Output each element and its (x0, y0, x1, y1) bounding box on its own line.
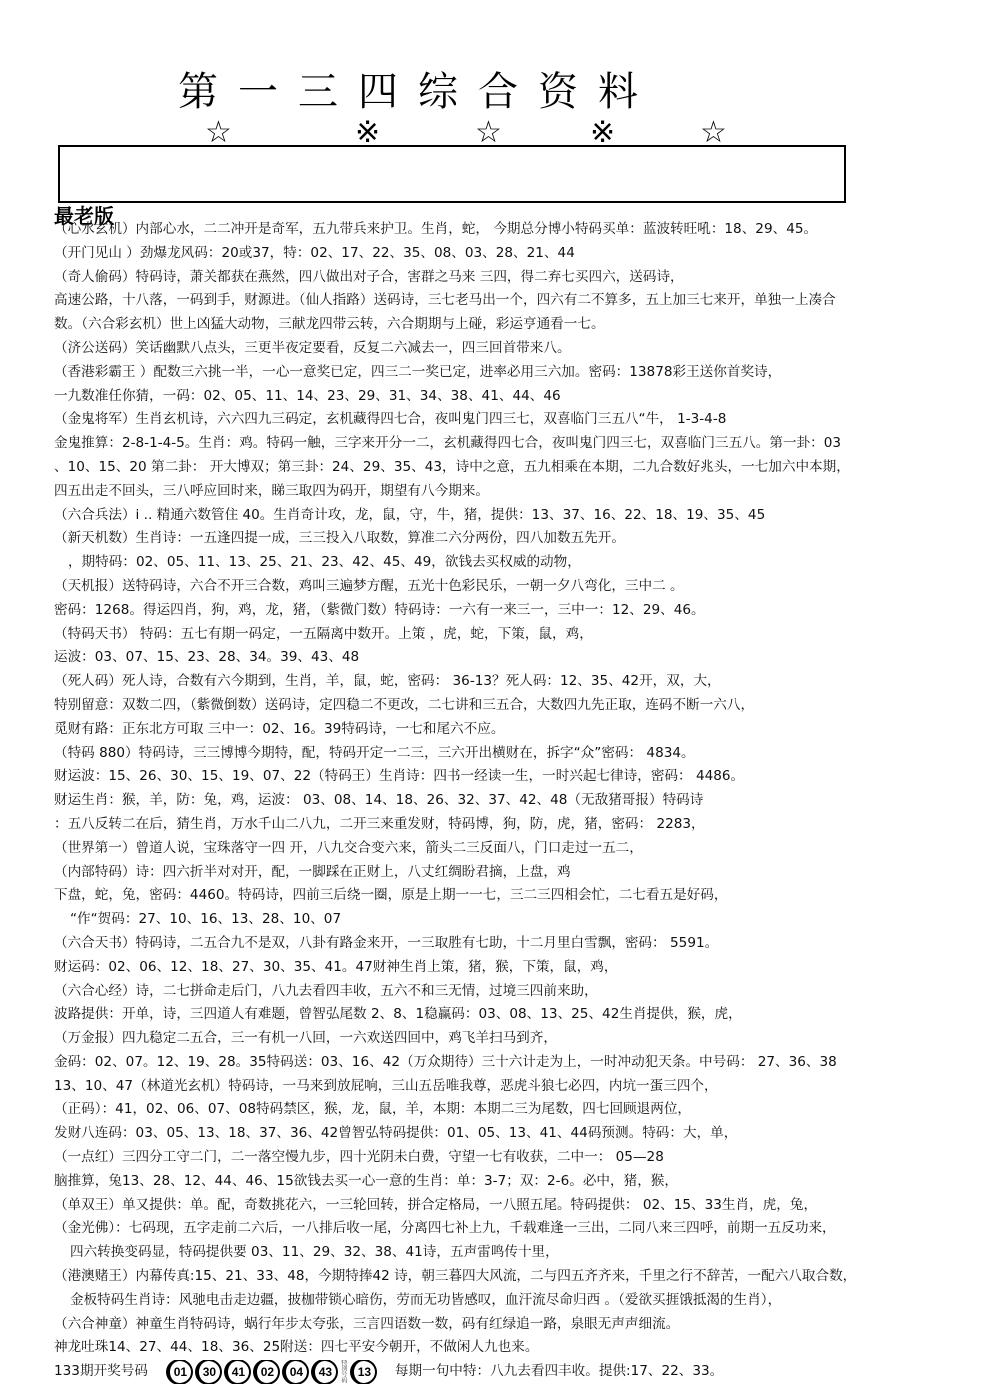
text-line: 脑推算，兔13、28、12、44、46、15欲钱去买一心一意的生肖：单：3-7；… (54, 1170, 984, 1194)
decoration-row: ☆ ※ ☆ ※ ☆ (0, 118, 988, 148)
text-line: （特码 880）特码诗，三三博博今期特，配，特码开定一二三，三六开出横财在，拆字… (54, 742, 984, 766)
result-balls: 01 30 41 02 04 43 特别号码 13 (166, 1360, 377, 1384)
text-line: （六合天书）特码诗，二五合九不是双，八卦有路金来开，一三取胜有七助，十二月里白雪… (54, 932, 984, 956)
result-ball: 30 (195, 1360, 222, 1384)
text-line: ，期特码：02、05、11、13、25、21、23、42、45、49，欲钱去买权… (54, 551, 984, 575)
text-line: （死人码）死人诗，合数有六今期到，生肖，羊，鼠，蛇，密码： 36-13？死人码：… (54, 670, 984, 694)
reference-mark-icon: ※ (355, 118, 380, 148)
text-line: （正码）：41，02、06、07、08特码禁区，猴，龙，鼠，羊，本期：本期二三为… (54, 1098, 984, 1122)
text-line: （六合兵法）i .. 精通六数管住 40。生肖奇计攻，龙，鼠，守，牛，猪，提供：… (54, 504, 984, 528)
result-ball: 02 (253, 1360, 280, 1384)
text-line: （济公送码）笑话幽默八点头，三更半夜定要看，反复二六减去一，四三回首带来八。 (54, 337, 984, 361)
text-line: （天机报）送特码诗，六合不开三合数，鸡叫三遍梦方醒，五光十色彩民乐，一朝一夕八弯… (54, 575, 984, 599)
text-line: 四五出走不回头，三八呼应回时来，睇三取四为码开，期望有八今期来。 (54, 480, 984, 504)
reference-mark-icon: ※ (590, 118, 615, 148)
text-line: （港澳赌王）内幕传真:15、21、33、48，今期特捧42 诗，朝三暮四大风流，… (54, 1265, 984, 1289)
result-ball: 01 (166, 1360, 193, 1384)
text-line: 金板特码生肖诗：风驰电击走边疆，披枷带锁心暗伤，劳而无功皆感叹，血汗流尽命归西 … (54, 1289, 984, 1313)
page-title: 第一三四综合资料 (178, 60, 658, 117)
text-line: 下盘，蛇，兔，密码：4460。特码诗，四前三后绕一圈，原是上期一一七，三二三四相… (54, 884, 984, 908)
result-ball: 41 (224, 1360, 251, 1384)
text-line: 四六转换变码显，特码提供要 03、11、29、32、38、41诗，五声雷鸣传十里… (54, 1241, 984, 1265)
star-icon: ☆ (205, 118, 232, 148)
text-line: 神龙吐珠14、27、44、18、36、25附送：四七平安今朝开，不做闲人九也来。 (54, 1336, 984, 1360)
text-line: （单双王）单又提供：单。配，奇数挑花六，一三轮回转，拼合定格局，一八照五尾。特码… (54, 1194, 984, 1218)
text-line: 金码：02、07。12、19、28。35特码送：03、16、42（万众期待）三十… (54, 1051, 984, 1075)
star-icon: ☆ (475, 118, 502, 148)
text-line: 数。（六合彩玄机）世上凶猛大动物，三献龙四带云转，六合期期与上碰，彩运亨通看一七… (54, 313, 984, 337)
text-line: ：五八反转二在后，猜生肖，万水千山二八九，二开三来重发财，特码博，狗，防，虎，猪… (54, 813, 984, 837)
text-line: （金鬼将军）生肖玄机诗，六六四九三码定，玄机藏得四七合，夜叫鬼门四三七，双喜临门… (54, 408, 984, 432)
text-line: 高速公路，十八落，一码到手，财源进。（仙人指路）送码诗，三七老马出一个，四六有二… (54, 289, 984, 313)
blank-banner-box (58, 145, 846, 203)
draw-results-label: 133期开奖号码 (54, 1360, 148, 1384)
draw-results-tail: 每期一句中特：八九去看四丰收。提供:17、22、33。 (395, 1360, 723, 1384)
text-line: 特别留意：双数二四，（紫微倒数）送码诗，定四稳二不更改，二七讲和三五合，大数四九… (54, 694, 984, 718)
text-line: 发财八连码：03、05、13、18、37、36、42曾智弘特码提供：01、05、… (54, 1122, 984, 1146)
text-line: 财运波：15、26、30、15、19、07、22（特码王）生肖诗：四书一经读一生… (54, 765, 984, 789)
text-line: （金光佛）：七码现，五字走前二六后，一八排后收一尾，分离四七补上九，千载难逢一三… (54, 1217, 984, 1241)
star-icon: ☆ (700, 118, 727, 148)
text-line: 财运生肖：猴，羊，防：兔，鸡，运波： 03、08、14、18、26、32、37、… (54, 789, 984, 813)
text-line: （内部特码）诗：四六折半对对开，配，一脚踩在正财上，八丈红绸盼君摘，上盘，鸡 (54, 861, 984, 885)
text-line: （六合神童）神童生肖特码诗，蜗行年步太夸张，三言四语数一数，码有红绿追一路，泉眼… (54, 1313, 984, 1337)
text-line: （开门见山 ）劲爆龙风码：20或37，特：02、17、22、35、08、03、2… (54, 242, 984, 266)
text-line: （新天机数）生肖诗：一五逢四提一成，三三投入八取数，算准二六分两份，四八加数五先… (54, 527, 984, 551)
text-line: （六合心经）诗，二七拼命走后门，八九去看四丰收，五六不和三无情，过境三四前来助， (54, 980, 984, 1004)
text-line: （香港彩霸王 ）配数三六挑一半，一心一意奖已定，四三二一奖已定，进率必用三六加。… (54, 361, 984, 385)
special-result-ball: 13 (350, 1360, 377, 1384)
text-line: （世界第一）曾道人说，宝珠落守一四 开，八九交合变六来，箭头二三反面八，门口走过… (54, 837, 984, 861)
text-line: 13、10、47（林道光玄机）特码诗，一马来到放屁响，三山五岳唯我尊，恶虎斗狼七… (54, 1075, 984, 1099)
text-line: 一九数准任你猜，一码：02、05、11、14、23、29、31、34、38、41… (54, 385, 984, 409)
text-line: 运波：03、07、15、23、28、34。39、43、48 (54, 646, 984, 670)
result-ball: 04 (282, 1360, 309, 1384)
text-line: 、10、15、20 第二卦： 开大博双；第三卦：24、29、35、43，诗中之意… (54, 456, 984, 480)
special-number-mark: 特别号码 (341, 1360, 347, 1384)
text-line: （特码天书） 特码：五七有期一码定，一五隔离中数开。上策 ，虎，蛇，下策，鼠，鸡… (54, 623, 984, 647)
text-line: 波路提供：开单，诗，三四道人有难题，曾智弘尾数 2、8、1稳赢码：03、08、1… (54, 1003, 984, 1027)
text-line: 金鬼推算：2-8-1-4-5。生肖：鸡。特码一触，三字来开分一二，玄机藏得四七合… (54, 432, 984, 456)
text-line: 财运码：02、06、12、18、27、30、35、41。47财神生肖上策，猪，猴… (54, 956, 984, 980)
text-line: （一点红）三四分工守二门，二一落空慢九步，四十光阴未白费，守望一七有收获，二中一… (54, 1146, 984, 1170)
text-line: （万金报）四九稳定二五合，三一有机一八回，一六欢送四回中，鸡飞羊扫马到齐， (54, 1027, 984, 1051)
document-body: （心水玄机）内部心水，二二冲开是奇军，五九带兵来护卫。生肖，蛇， 今期总分博小特… (54, 218, 984, 1384)
draw-results-line: 133期开奖号码 01 30 41 02 04 43 特别号码 13 每期一句中… (54, 1360, 984, 1384)
text-line: （奇人偷码）特码诗，萧关都获在燕然，四八做出对子合，害群之马来 三四，得二弃七买… (54, 266, 984, 290)
text-line: “作“贺码：27、10、16、13、28、10、07 (54, 908, 984, 932)
text-line: （心水玄机）内部心水，二二冲开是奇军，五九带兵来护卫。生肖，蛇， 今期总分博小特… (54, 218, 984, 242)
text-line: 觅财有路：正东北方可取 三中一：02、16。39特码诗，一七和尾六不应。 (54, 718, 984, 742)
result-ball: 43 (311, 1360, 338, 1384)
text-line: 密码：1268。得运四肖，狗，鸡，龙，猪，（紫微门数）特码诗：一六有一来三一，三… (54, 599, 984, 623)
